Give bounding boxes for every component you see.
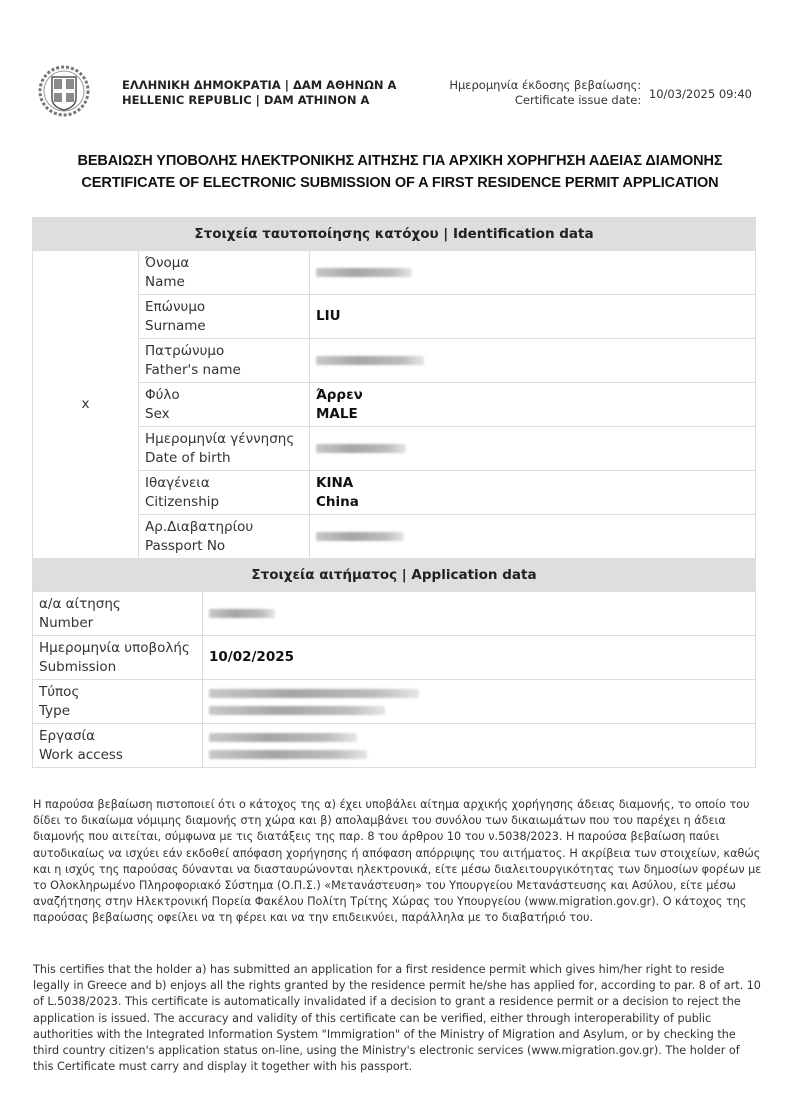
field-label: Επώνυμο Surname xyxy=(139,295,310,339)
application-row-number: α/α αίτησης Number xyxy=(33,592,756,636)
application-heading: Στοιχεία αιτήματος | Application data xyxy=(33,559,756,592)
hellenic-republic-coat-of-arms-icon xyxy=(38,64,90,120)
disclaimer-english: This certifies that the holder a) has su… xyxy=(33,962,763,1075)
issue-date-value: 10/03/2025 09:40 xyxy=(649,87,752,102)
application-section-header: Στοιχεία αιτήματος | Application data xyxy=(33,559,756,592)
issuing-authority: ΕΛΛΗΝΙΚΗ ΔΗΜΟΚΡΑΤΙΑ | ΔΑΜ ΑΘΗΝΩΝ Α HELLE… xyxy=(122,78,396,108)
field-label: Ιθαγένεια Citizenship xyxy=(139,471,310,515)
field-label: Ημερομηνία γέννησης Date of birth xyxy=(139,427,310,471)
field-label: Φύλο Sex xyxy=(139,383,310,427)
field-label: Πατρώνυμο Father's name xyxy=(139,339,310,383)
field-label: Όνομα Name xyxy=(139,251,310,295)
date-of-birth-value-redacted xyxy=(310,427,756,471)
holder-photo-placeholder: x xyxy=(33,251,139,559)
field-label: Τύπος Type xyxy=(33,680,203,724)
field-label: Εργασία Work access xyxy=(33,724,203,768)
document-header: ΕΛΛΗΝΙΚΗ ΔΗΜΟΚΡΑΤΙΑ | ΔΑΜ ΑΘΗΝΩΝ Α HELLE… xyxy=(0,0,800,140)
document-title: ΒΕΒΑΙΩΣΗ ΥΠΟΒΟΛΗΣ ΗΛΕΚΤΡΟΝΙΚΗΣ ΑΙΤΗΣΗΣ Γ… xyxy=(0,150,800,194)
application-row-type: Τύπος Type xyxy=(33,680,756,724)
identification-row-surname: Επώνυμο Surname LIU xyxy=(33,295,756,339)
application-row-submission: Ημερομηνία υποβολής Submission 10/02/202… xyxy=(33,636,756,680)
identification-row-fathers-name: Πατρώνυμο Father's name xyxy=(33,339,756,383)
application-type-value-redacted xyxy=(203,680,756,724)
issue-date-label-english: Certificate issue date: xyxy=(449,93,641,108)
submission-date-value: 10/02/2025 xyxy=(203,636,756,680)
disclaimer-greek: Η παρούσα βεβαίωση πιστοποιεί ότι ο κάτο… xyxy=(33,797,763,927)
identification-heading: Στοιχεία ταυτοποίησης κατόχου | Identifi… xyxy=(33,218,756,251)
name-value-redacted xyxy=(310,251,756,295)
passport-no-value-redacted xyxy=(310,515,756,559)
application-row-work-access: Εργασία Work access xyxy=(33,724,756,768)
identification-section-header: Στοιχεία ταυτοποίησης κατόχου | Identifi… xyxy=(33,218,756,251)
identification-row-date-of-birth: Ημερομηνία γέννησης Date of birth xyxy=(33,427,756,471)
fathers-name-value-redacted xyxy=(310,339,756,383)
identification-row-name: x Όνομα Name xyxy=(33,251,756,295)
surname-value: LIU xyxy=(310,295,756,339)
document-title-english: CERTIFICATE OF ELECTRONIC SUBMISSION OF … xyxy=(0,172,800,194)
certificate-data-table: Στοιχεία ταυτοποίησης κατόχου | Identifi… xyxy=(32,217,756,768)
work-access-value-redacted xyxy=(203,724,756,768)
identification-row-sex: Φύλο Sex Άρρεν MALE xyxy=(33,383,756,427)
citizenship-value: KINA China xyxy=(310,471,756,515)
certificate-issue-date: Ημερομηνία έκδοσης βεβαίωσης: Certificat… xyxy=(449,78,752,108)
issuing-authority-greek: ΕΛΛΗΝΙΚΗ ΔΗΜΟΚΡΑΤΙΑ | ΔΑΜ ΑΘΗΝΩΝ Α xyxy=(122,78,396,93)
identification-row-passport-no: Αρ.Διαβατηρίου Passport No xyxy=(33,515,756,559)
field-label: Αρ.Διαβατηρίου Passport No xyxy=(139,515,310,559)
sex-value: Άρρεν MALE xyxy=(310,383,756,427)
issuing-authority-english: HELLENIC REPUBLIC | DAM ATHINON A xyxy=(122,93,396,108)
document-title-greek: ΒΕΒΑΙΩΣΗ ΥΠΟΒΟΛΗΣ ΗΛΕΚΤΡΟΝΙΚΗΣ ΑΙΤΗΣΗΣ Γ… xyxy=(0,150,800,172)
identification-row-citizenship: Ιθαγένεια Citizenship KINA China xyxy=(33,471,756,515)
issue-date-label-greek: Ημερομηνία έκδοσης βεβαίωσης: xyxy=(449,78,641,93)
application-number-value-redacted xyxy=(203,592,756,636)
field-label: α/α αίτησης Number xyxy=(33,592,203,636)
field-label: Ημερομηνία υποβολής Submission xyxy=(33,636,203,680)
